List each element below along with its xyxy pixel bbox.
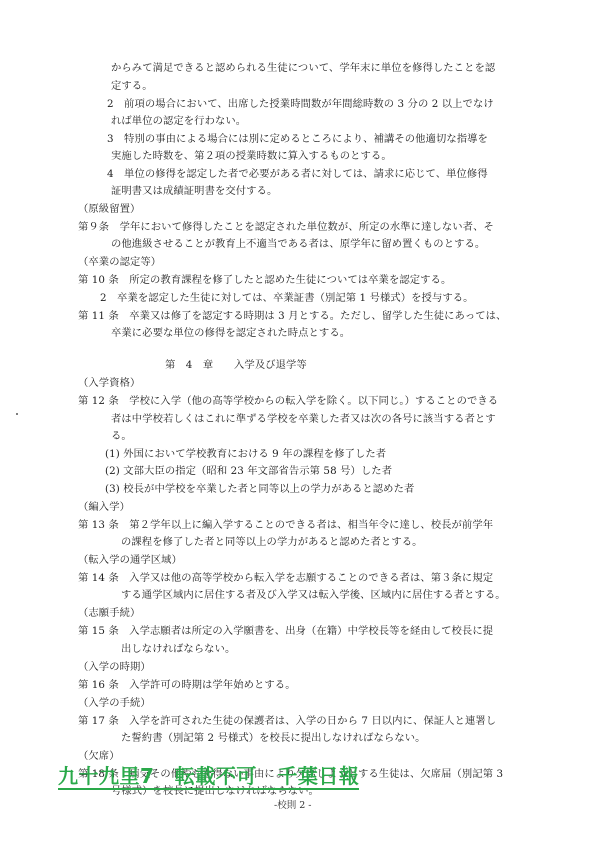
section-heading: （入学資格） — [78, 377, 140, 390]
text-line: 第 11 条 卒業又は修了を認定する時期は 3 月とする。ただし、留学した生徒に… — [78, 310, 506, 323]
text-line: 第 13 条 第２学年以上に編入学することのできる者は、相当年令に達し、校長が前… — [78, 519, 493, 532]
text-line: の他進級させることが教育上不適当である者は、原学年に留め置くものとする。 — [111, 238, 485, 251]
section-heading: （卒業の認定等） — [78, 256, 161, 269]
text-line: 第９条 学年において修得したことを認定された単位数が、所定の水準に達しない者、そ — [78, 221, 494, 234]
text-line: からみて満足できると認められる生徒について、学年末に単位を修得したことを認 — [111, 62, 495, 75]
text-line: 出しなければならない。 — [121, 643, 235, 656]
text-line: の課程を修了した者と同等以上の学力があると認めた者とする。 — [121, 536, 423, 549]
section-heading: （入学の時期） — [78, 661, 151, 674]
text-line: する通学区域内に居住する者及び入学又は転入学後、区域内に居住する者とする。 — [121, 589, 506, 602]
text-line: る。 — [111, 430, 132, 443]
text-line: 2 卒業を認定した生徒に対しては、卒業証書（別記第 1 号様式）を授与する。 — [100, 292, 474, 305]
text-line: 第 15 条 入学志願者は所定の入学願書を、出身（在籍）中学校長等を経由して校長… — [78, 625, 493, 638]
section-heading: （欠席） — [78, 750, 120, 763]
text-line: 2 前項の場合において、出席した授業時間数が年間総時数の 3 分の 2 以上でな… — [107, 98, 494, 111]
text-line: (3) 校長が中学校を卒業した者と同等以上の学力があると認めた者 — [105, 483, 414, 496]
text-line: (2) 文部大臣の指定（昭和 23 年文部省告示第 58 号）した者 — [105, 465, 392, 478]
text-line: 卒業に必要な単位の修得を認定された時点とする。 — [111, 327, 350, 340]
section-heading: （転入学の通学区域） — [78, 554, 182, 567]
text-line: 第 12 条 学校に入学（他の高等学校からの転入学を除く。以下同じ。）することの… — [78, 395, 498, 408]
section-heading: （志願手続） — [78, 607, 140, 620]
section-heading: （入学の手続） — [78, 697, 151, 710]
text-line: 第 17 条 入学を許可された生徒の保護者は、入学の日から 7 日以内に、保証人… — [78, 715, 496, 728]
text-line: 4 単位の修得を認定した者で必要がある者に対しては、請求に応じて、単位修得 — [107, 168, 488, 181]
text-line: た誓約書（別記第 2 号様式）を校長に提出しなければならない。 — [121, 732, 426, 745]
text-line: 定する。 — [111, 80, 153, 93]
page-number: -校則 2 - — [274, 797, 312, 811]
text-line: 第 10 条 所定の教育課程を修了したと認めた生徒については卒業を認定する。 — [78, 274, 451, 287]
chapter-title: 第 4 章 入学及び退学等 — [165, 359, 307, 372]
text-line: 者は中学校若しくはこれに準ずる学校を卒業した者又は次の各号に該当する者とす — [111, 413, 496, 426]
section-heading: （編入学） — [78, 501, 130, 514]
section-heading: （原級留置） — [78, 203, 140, 216]
text-line: 第 14 条 入学又は他の高等学校から転入学を志願することのできる者は、第３条に… — [78, 572, 493, 585]
text-line: れば単位の認定を行わない。 — [111, 115, 246, 128]
watermark-text: 九十九里7 転載不可 千葉日報 — [58, 764, 359, 790]
text-line: 実施した時数を、第２項の授業時数に算入するものとする。 — [111, 150, 392, 163]
text-line: 第 16 条 入学許可の時期は学年始めとする。 — [78, 679, 296, 692]
scan-speck — [16, 413, 18, 415]
text-line: 3 特別の事由による場合には別に定めるところにより、補講その他適切な指導を — [107, 133, 488, 146]
text-line: (1) 外国において学校教育における 9 年の課程を修了した者 — [105, 448, 386, 461]
text-line: 証明書又は成績証明書を交付する。 — [111, 185, 277, 198]
